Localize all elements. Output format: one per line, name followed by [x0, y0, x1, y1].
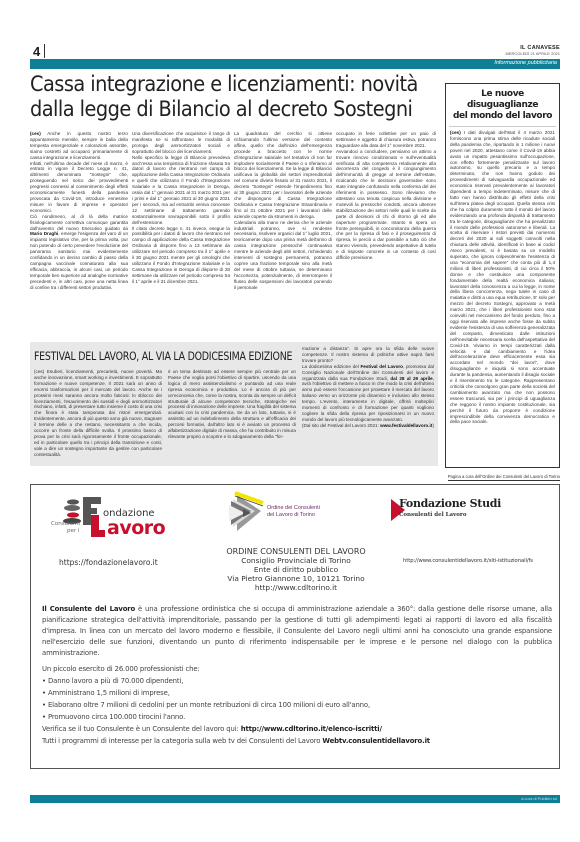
stats-item: Elaborano oltre 7 milioni di cedolini pe…	[42, 699, 552, 711]
article-column-1: (ces) Anche in questo nostro terzo appun…	[30, 131, 128, 341]
paragraph: mazione a distanza". Si apre ora la sfid…	[302, 346, 434, 363]
stats-item: Amministrano 1,5 milioni di imprese,	[42, 687, 552, 699]
paragraph: )	[432, 423, 434, 428]
publication-date: MERCOLEDÌ 21 APRILE 2021	[506, 51, 560, 56]
fondazione-lavoro-logo: ondazione avoro Consulenti per i	[51, 495, 181, 539]
paragraph: Avviandoci a concludere, pensiamo un att…	[336, 149, 436, 260]
paragraph: è un tema destinato ad essere sempre più…	[168, 369, 296, 439]
sidebar-title-line-1: Le nuove disuguaglianze	[451, 89, 554, 111]
stats-item: Danno lavoro a più di 70.000 dipendenti,	[42, 675, 552, 687]
festival-column-1: (ces) Esuberi, licenziamenti, precarietà…	[34, 369, 162, 463]
ordine-consulenti-torino-logo: Ordine dei Consulenti del Lavoro di Tori…	[221, 489, 361, 535]
fondazione-studi-logo: Fondazione Studi Consulenti del Lavoro	[391, 495, 551, 525]
paragraph: Nello specifico la legge di Bilancio pre…	[132, 155, 230, 225]
studi-logo-title: Fondazione Studi	[399, 497, 501, 510]
article-column-4: occupato in ferie collettive per un paio…	[336, 131, 436, 341]
masthead: IL CANAVESE MERCOLEDÌ 21 APRILE 2021	[506, 45, 560, 56]
webtv-link[interactable]: Webtv.consulentidellavoro.it	[322, 737, 430, 745]
page-credit: Pagina a cura dell'Ordine dei Consulenti…	[448, 474, 560, 481]
section-label: Informazione pubblicitaria	[494, 60, 557, 66]
festival-column-3: mazione a distanza". Si apre ora la sfid…	[302, 346, 434, 464]
ordine-logo-text: Ordine dei Consulenti del Lavoro di Tori…	[267, 505, 320, 519]
ordine-council: Consiglio Provinciale di Torino	[181, 556, 411, 565]
paragraph: , avrà l'obiettivo di mettere a fuoco in…	[302, 376, 434, 422]
headline: Cassa integrazione e licenziamenti: novi…	[30, 72, 390, 122]
article-column-2: Una diversificazione che acquisisce il r…	[132, 131, 230, 341]
verify-line: Verifica se il tuo Consulente è un Consu…	[42, 723, 552, 735]
sidebar-title-line-2: del mondo del lavoro	[451, 111, 554, 122]
festival-column-2: è un tema destinato ad essere sempre più…	[168, 369, 296, 463]
paragraph: occupato in ferie collettive per un paio…	[336, 131, 436, 148]
paragraph: Infatti, nell'ultima decade del mese di …	[30, 161, 128, 213]
ordine-logo-line-1: Ordine dei Consulenti	[267, 505, 320, 512]
article-column-3: La quadratura del cerchio si ottiene ric…	[234, 131, 332, 341]
author-tag: (ces)	[30, 131, 41, 136]
paragraph: I dati divulgati dell'Istat il 4 marzo 2…	[450, 130, 555, 424]
headline-line-1: Cassa integrazione e licenziamenti: novi…	[30, 72, 390, 97]
consulente-description: Il Consulente del Lavoro è una professio…	[42, 604, 552, 659]
webtv-line: Tutti i programmi di interesse per la ca…	[42, 735, 552, 747]
festival-title: FESTIVAL DEL LAVORO, AL VIA LA DODICESIM…	[34, 349, 249, 363]
page-number-divider	[44, 44, 45, 58]
paragraph: Una diversificazione che acquisisce il r…	[132, 131, 230, 154]
section-band: Informazione pubblicitaria	[30, 59, 560, 69]
verify-link[interactable]: http://www.cdltorino.it/elenco-iscritti/	[241, 725, 382, 733]
sidebar-body: (ces) I dati divulgati dell'Istat il 4 m…	[446, 127, 559, 483]
paragraph: (Dal sito del Festival del Lavoro 2021:	[302, 423, 380, 428]
sidebar-title: Le nuove disuguaglianze del mondo del la…	[449, 84, 556, 127]
headline-line-2: dalla legge di Bilancio al decreto Soste…	[30, 97, 390, 122]
author-tag: (ces)	[450, 130, 461, 135]
logo-text-consulenti: Consulenti	[51, 521, 80, 527]
paragraph: La dodicesima edizione del	[302, 364, 360, 369]
footer-credit: a cura di Publikin srl	[521, 796, 557, 801]
paragraph: , emerge l'esigenza del varo di un impia…	[30, 231, 128, 289]
logo-text-avoro: avoro	[107, 517, 165, 539]
paragraph: Ciò nondimeno, al di là della matrice fi…	[30, 214, 128, 231]
ordine-website-link[interactable]: http://www.cdltorino.it	[255, 583, 337, 592]
fondazione-lavoro-link[interactable]: https://fondazionelavoro.it	[59, 558, 158, 567]
logo-text-per-i: per i	[67, 528, 79, 534]
paragraph: Il citato decreto legge n. 41 invece, es…	[132, 226, 230, 284]
paragraph: Anche in questo nostro terzo appuntament…	[30, 131, 128, 160]
stats-list: Danno lavoro a più di 70.000 dipendenti,…	[42, 675, 552, 723]
webtv-text: Tutti i programmi di interesse per la ca…	[42, 737, 322, 745]
fondazione-studi-link[interactable]: http://www.consulentidellavoro.it/siti-i…	[403, 558, 533, 564]
festival-box: FESTIVAL DEL LAVORO, AL VIA LA DODICESIM…	[30, 342, 438, 466]
consulente-title-bold: Il Consulente del Lavoro	[42, 605, 135, 613]
ordine-contact-info: ORDINE CONSULENTI DEL LAVORO Consiglio P…	[181, 547, 411, 592]
ordine-name: ORDINE CONSULENTI DEL LAVORO	[181, 547, 411, 556]
ordine-logo-line-2: del Lavoro di Torino	[267, 512, 320, 519]
verify-text: Verifica se il tuo Consulente è un Consu…	[42, 725, 241, 733]
festival-dates-highlight: dal 28 al 29 aprile	[390, 376, 432, 381]
paragraph: La quadratura del cerchio si ottiene ric…	[234, 131, 332, 219]
page-number: 4	[33, 44, 40, 59]
sidebar-article: Le nuove disuguaglianze del mondo del la…	[445, 83, 560, 468]
footer-band: a cura di Publikin srl	[30, 795, 560, 803]
festival-website-link[interactable]: www.festivaldellavoro.it	[380, 423, 432, 428]
stats-intro: Un piccolo esercito di 26.000 profession…	[42, 663, 552, 675]
advertisement-box: ondazione avoro Consulenti per i Ordine …	[30, 484, 560, 769]
paragraph: Calendario alla mano ne deriva che le az…	[234, 220, 332, 290]
ordine-address: Via Pietro Giannone 10, 10121 Torino	[181, 574, 411, 583]
consulente-stats: Un piccolo esercito di 26.000 profession…	[42, 663, 552, 747]
studi-logo-subtitle: Consulenti del Lavoro	[399, 512, 466, 518]
name-highlight: Mario Draghi	[30, 231, 58, 236]
paragraph: (ces) Esuberi, licenziamenti, precarietà…	[34, 369, 162, 457]
festival-name-highlight: Festival del Lavoro	[360, 364, 403, 369]
stats-item: Promuovono circa 100.000 tirocini l'anno…	[42, 711, 552, 723]
ordine-legal-status: Ente di diritto pubblico	[181, 565, 411, 574]
